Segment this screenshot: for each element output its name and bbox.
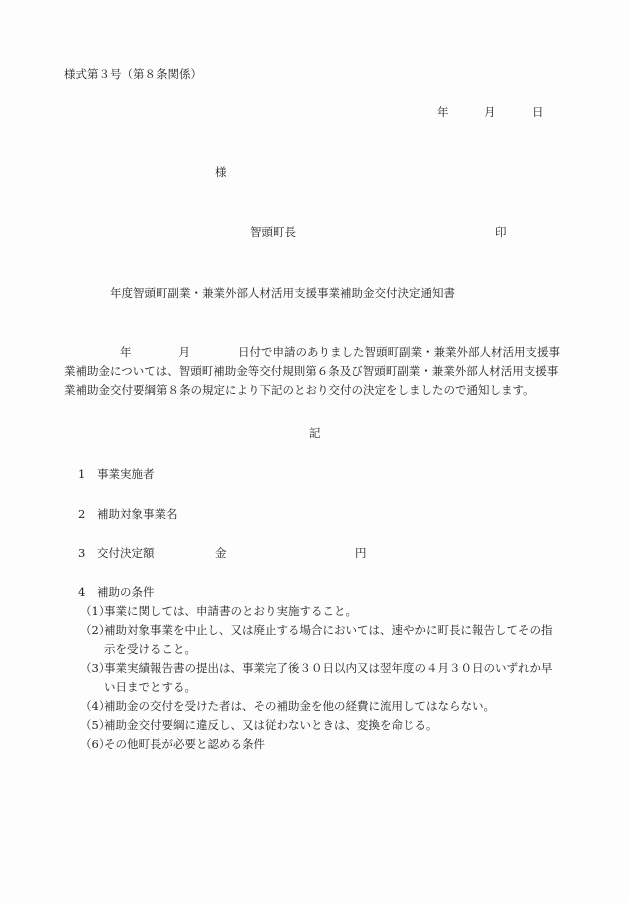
item-number: 1 (78, 469, 85, 481)
body-line-2: 業補助金については、智頭町補助金等交付規則第６条及び智頭町副業・兼業外部人材活用… (64, 362, 584, 381)
condition-3: （3）事業実績報告書の提出は、事業完了後３０日以内又は翌年度の４月３０日のいずれ… (80, 659, 590, 697)
item-number: 3 (78, 548, 85, 560)
condition-number: （2） (80, 621, 104, 640)
item-number: 2 (78, 509, 85, 521)
condition-number: （4） (80, 697, 104, 716)
condition-number: （1） (80, 602, 104, 621)
addressee-suffix: 様 (215, 167, 227, 179)
date-year: 年 (437, 107, 449, 119)
condition-6: （6）その他町長が必要と認める条件 (80, 735, 590, 754)
ki-heading: 記 (309, 428, 321, 440)
item-label: 交付決定額 (97, 548, 155, 560)
seal-mark: 印 (495, 227, 507, 239)
item-label: 補助の条件 (97, 587, 155, 599)
date-month: 月 (484, 107, 496, 119)
condition-1: （1）事業に関しては、申請書のとおり実施すること。 (80, 602, 590, 621)
item-number: 4 (78, 587, 85, 599)
item-label: 補助対象事業名 (97, 509, 178, 521)
item-label: 事業実施者 (97, 469, 155, 481)
document-title: 年度智頭町副業・兼業外部人材活用支援事業補助金交付決定通知書 (110, 288, 455, 300)
condition-4: （4）補助金の交付を受けた者は、その補助金を他の経費に流用してはならない。 (80, 697, 590, 716)
date-day: 日 (532, 107, 544, 119)
body-paragraph: 年月日付で申請のありました智頭町副業・兼業外部人材活用支援事 業補助金については… (64, 343, 584, 400)
body-line-3: 業補助金交付要綱第８条の規定により下記のとおり交付の決定をしましたので通知します… (64, 381, 584, 400)
body-line-1: 日付で申請のありました智頭町副業・兼業外部人材活用支援事 (238, 345, 560, 359)
condition-5: （5）補助金交付要綱に違反し、又は従わないときは、変換を命じる。 (80, 716, 590, 735)
form-number: 様式第３号（第８条関係） (64, 69, 202, 81)
condition-number: （5） (80, 716, 104, 735)
body-month: 月 (179, 345, 191, 359)
amount-suffix: 円 (355, 548, 367, 560)
body-year: 年 (120, 345, 132, 359)
condition-2: （2）補助対象事業を中止し、又は廃止する場合においては、速やかに町長に報告してそ… (80, 621, 590, 659)
issuer-title: 智頭町長 (250, 227, 296, 239)
condition-number: （3） (80, 659, 104, 678)
conditions-list: （1）事業に関しては、申請書のとおり実施すること。 （2）補助対象事業を中止し、… (80, 602, 590, 754)
condition-number: （6） (80, 735, 104, 754)
amount-prefix: 金 (215, 548, 227, 560)
